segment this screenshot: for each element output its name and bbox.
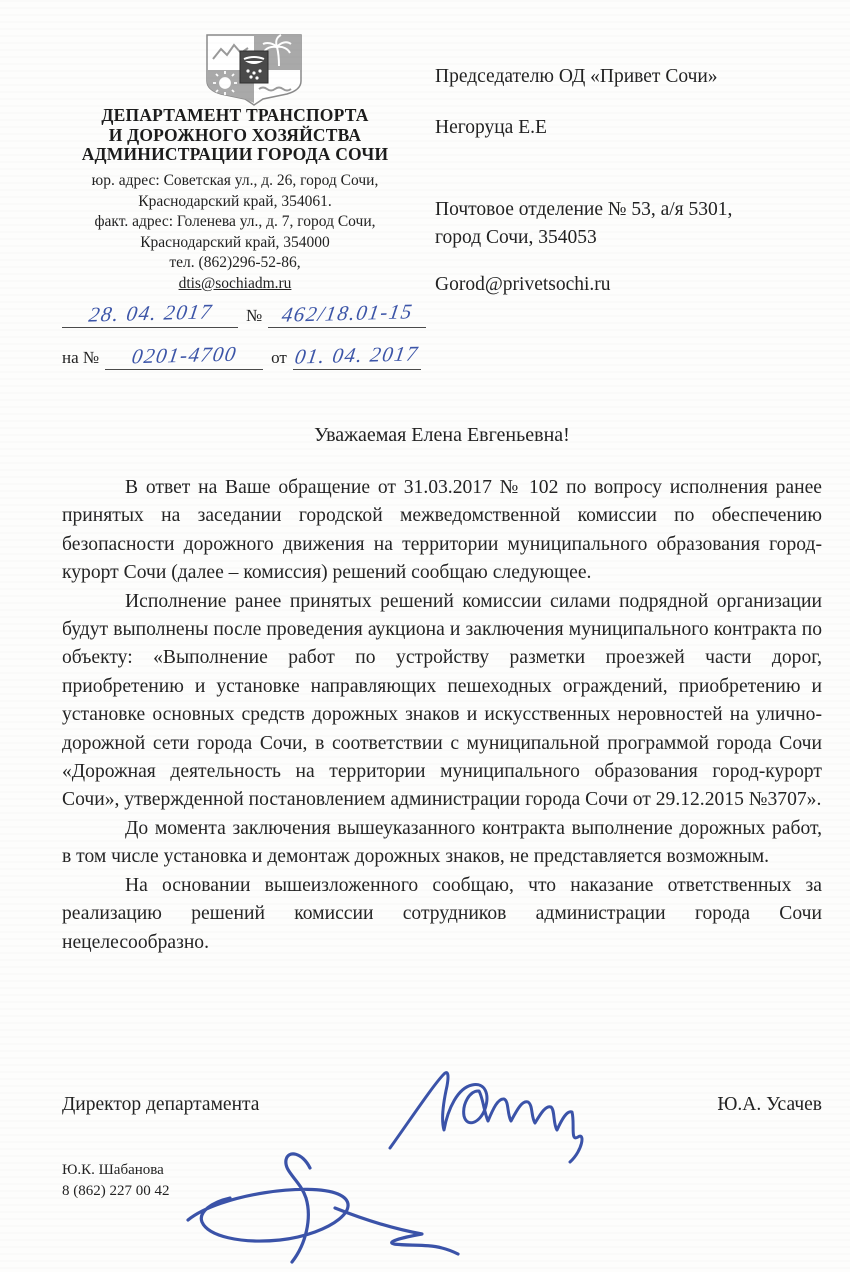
body-paragraph: На основании вышеизложенного сообщаю, чт… [62,872,822,957]
legal-address-line: Краснодарский край, 354061. [30,192,440,213]
salutation: Уважаемая Елена Евгеньевна! [62,424,822,447]
recipient-name: Негоруца Е.Е [435,117,830,139]
recipient-postal-line: Почтовое отделение № 53, а/я 5301, [435,199,732,220]
org-name-line: АДМИНИСТРАЦИИ ГОРОДА СОЧИ [30,145,440,165]
sochi-coat-of-arms-icon [203,33,305,107]
legal-address-line: юр. адрес: Советская ул., д. 26, город С… [30,171,440,192]
executor-name: Ю.К. Шабанова [62,1160,170,1181]
scanned-letter-page: ДЕПАРТАМЕНТ ТРАНСПОРТА И ДОРОЖНОГО ХОЗЯЙ… [0,0,850,1272]
incoming-date-field: 01. 04. 2017 [293,345,421,370]
executor-block: Ю.К. Шабанова 8 (862) 227 00 42 [62,1160,170,1202]
recipient-postal-address: Почтовое отделение № 53, а/я 5301, город… [435,196,830,252]
org-name-line: И ДОРОЖНОГО ХОЗЯЙСТВА [30,126,440,146]
reply-to-number-label: на № [62,348,105,370]
signer-position-title: Директор департамента [62,1094,259,1116]
letterhead-phone: тел. (862)296-52-86, [30,253,440,274]
outgoing-date-field: 28. 04. 2017 [62,303,238,328]
reference-line-incoming: на № 0201-4700 от 01. 04. 2017 [62,345,421,370]
executor-phone: 8 (862) 227 00 42 [62,1181,170,1202]
recipient-title: Председателю ОД «Привет Сочи» [435,66,830,88]
body-paragraph: В ответ на Ваше обращение от 31.03.2017 … [62,474,822,588]
handwritten-outgoing-number: 462/18.01-15 [280,301,415,328]
reference-line-outgoing: 28. 04. 2017 № 462/18.01-15 [62,303,426,328]
letterhead-address-block: юр. адрес: Советская ул., д. 26, город С… [30,171,440,294]
executor-signature-icon [160,1146,470,1272]
outgoing-number-field: 462/18.01-15 [268,303,426,328]
body-paragraph: До момента заключения вышеуказанного кон… [62,815,822,872]
actual-address-line: факт. адрес: Голенева ул., д. 7, город С… [30,212,440,233]
letter-body: В ответ на Ваше обращение от 31.03.2017 … [62,474,822,957]
letterhead-org-name: ДЕПАРТАМЕНТ ТРАНСПОРТА И ДОРОЖНОГО ХОЗЯЙ… [30,106,440,165]
incoming-number-field: 0201-4700 [105,345,263,370]
org-name-line: ДЕПАРТАМЕНТ ТРАНСПОРТА [30,106,440,126]
signer-name: Ю.А. Усачев [717,1094,822,1116]
recipient-email: Gorod@privetsochi.ru [435,274,830,296]
letterhead-email: dtis@sochiadm.ru [30,274,440,295]
handwritten-outgoing-date: 28. 04. 2017 [86,301,213,328]
number-sign-label: № [238,306,268,328]
handwritten-incoming-date: 01. 04. 2017 [293,343,420,370]
handwritten-incoming-number: 0201-4700 [130,344,239,371]
actual-address-line: Краснодарский край, 354000 [30,233,440,254]
recipient-postal-line: город Сочи, 354053 [435,227,597,248]
from-date-label: от [263,348,293,370]
body-paragraph: Исполнение ранее принятых решений комисс… [62,588,822,815]
